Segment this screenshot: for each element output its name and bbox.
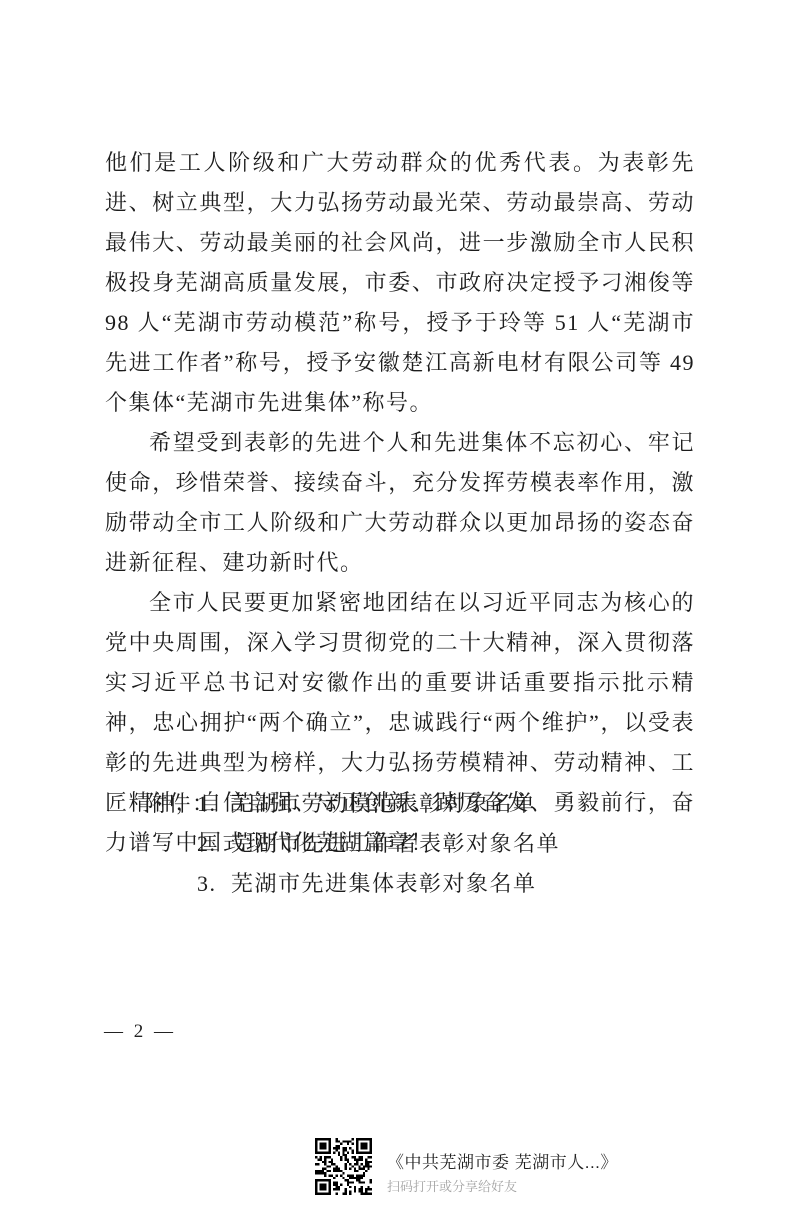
document-page: 他们是工人阶级和广大劳动群众的优秀代表。为表彰先进、树立典型，大力弘扬劳动最光荣… — [0, 0, 794, 1213]
attachment-title: 芜湖市劳动模范表彰对象名单 — [231, 791, 537, 816]
attachment-item: 附件：1.芜湖市劳动模范表彰对象名单 — [145, 784, 560, 824]
qr-code[interactable] — [315, 1138, 372, 1195]
share-title: 《中共芜湖市委 芜湖市人...》 — [387, 1153, 618, 1173]
share-footer[interactable]: 《中共芜湖市委 芜湖市人...》 扫码打开或分享给好友 — [315, 1138, 618, 1195]
body-paragraph: 他们是工人阶级和广大劳动群众的优秀代表。为表彰先进、树立典型，大力弘扬劳动最光荣… — [105, 143, 695, 423]
share-subtitle: 扫码打开或分享给好友 — [387, 1179, 618, 1194]
attachment-list: 附件：1.芜湖市劳动模范表彰对象名单 2.芜湖市先进工作者表彰对象名单 3.芜湖… — [145, 784, 560, 904]
share-footer-texts: 《中共芜湖市委 芜湖市人...》 扫码打开或分享给好友 — [387, 1138, 618, 1194]
attachment-number: 1. — [197, 784, 231, 824]
document-body: 他们是工人阶级和广大劳动群众的优秀代表。为表彰先进、树立典型，大力弘扬劳动最光荣… — [105, 143, 695, 863]
attachment-item: 3.芜湖市先进集体表彰对象名单 — [145, 864, 560, 904]
attachment-item: 2.芜湖市先进工作者表彰对象名单 — [145, 824, 560, 864]
attachment-title: 芜湖市先进工作者表彰对象名单 — [231, 831, 560, 856]
attachment-label: 附件： — [145, 784, 197, 824]
page-number: — 2 — — [104, 1021, 176, 1043]
body-paragraph: 希望受到表彰的先进个人和先进集体不忘初心、牢记使命，珍惜荣誉、接续奋斗，充分发挥… — [105, 423, 695, 583]
attachment-number: 3. — [197, 864, 231, 904]
attachment-number: 2. — [197, 824, 231, 864]
attachment-title: 芜湖市先进集体表彰对象名单 — [231, 871, 537, 896]
